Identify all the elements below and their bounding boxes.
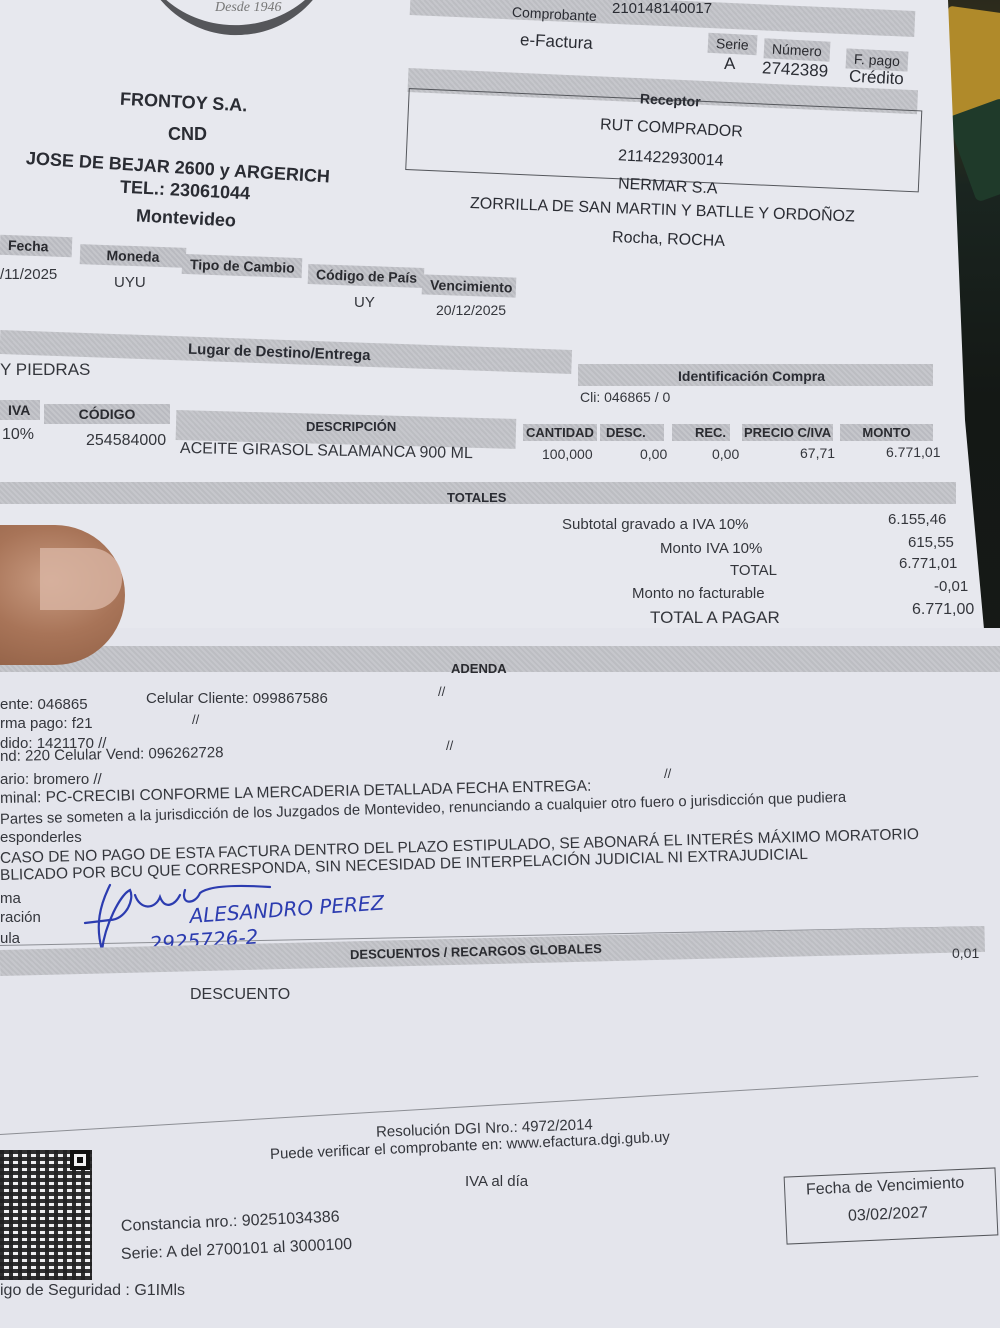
descuento-item: DESCUENTO — [190, 986, 290, 1004]
adenda-line: ente: 046865 — [0, 696, 88, 713]
buyer-city: Rocha, ROCHA — [612, 229, 725, 251]
id-compra-label: Identificación Compra — [678, 368, 825, 384]
expiry-date: 03/02/2027 — [848, 1204, 929, 1225]
col-desc-header: DESC. — [600, 424, 664, 441]
item-descripcion: ACEITE GIRASOL SALAMANCA 900 ML — [180, 440, 473, 463]
pais-header: Código de País — [308, 264, 425, 288]
adenda-line: // — [446, 738, 453, 753]
item-cantidad: 100,000 — [542, 446, 593, 462]
total-pagar-label: TOTAL A PAGAR — [650, 608, 780, 628]
adenda-line: rma pago: f21 — [0, 715, 93, 732]
destino-value: Y PIEDRAS — [0, 360, 90, 380]
adenda-line: // — [664, 766, 671, 781]
serie-value: A — [724, 54, 735, 74]
id-compra-value: Cli: 046865 / 0 — [580, 389, 670, 405]
descuentos-value: 0,01 — [952, 945, 979, 961]
item-precio: 67,71 — [800, 445, 835, 461]
issuer-rut: 210148140017 — [612, 0, 712, 17]
iva-al-dia: IVA al día — [465, 1173, 528, 1190]
adenda-line: Celular Cliente: 099867586 — [146, 690, 328, 707]
col-cantidad-header: CANTIDAD — [523, 424, 597, 441]
adenda-line: // — [438, 684, 445, 699]
moneda-header: Moneda — [80, 244, 187, 268]
voucher-label: Comprobante — [512, 4, 598, 24]
tipo-cambio-header: Tipo de Cambio — [182, 254, 303, 278]
subtotal-label: Subtotal gravado a IVA 10% — [562, 516, 749, 533]
adenda-line: ración — [0, 909, 41, 926]
col-rec-header: REC. — [672, 424, 730, 441]
numero-value: 2742389 — [762, 58, 829, 81]
item-codigo: 254584000 — [86, 432, 166, 450]
total-label: TOTAL — [730, 562, 777, 579]
item-monto: 6.771,01 — [886, 444, 941, 460]
buyer-name: NERMAR S.A — [618, 175, 718, 198]
subtotal-value: 6.155,46 — [888, 511, 946, 528]
col-descripcion-header: DESCRIPCIÓN — [306, 419, 396, 434]
adenda-label: ADENDA — [451, 661, 507, 676]
vencimiento-header: Vencimiento — [422, 274, 517, 297]
total-value: 6.771,01 — [899, 555, 957, 572]
issuer-subtitle: CND — [168, 124, 207, 145]
total-pagar-value: 6.771,00 — [912, 601, 974, 619]
adenda-line: ario: bromero // — [0, 771, 102, 788]
buyer-address: ZORRILLA DE SAN MARTIN Y BATLLE Y ORDOÑO… — [470, 195, 855, 226]
security-code: igo de Seguridad : G1IMls — [0, 1282, 185, 1300]
logo-tagline: Desde 1946 — [215, 0, 282, 16]
iva-value: 615,55 — [908, 534, 954, 551]
totales-label: TOTALES — [447, 490, 506, 505]
adenda-line: // — [192, 712, 199, 727]
fecha-value: /11/2025 — [0, 266, 57, 283]
pais-value: UY — [354, 294, 375, 311]
svg-text:ALESANDRO PEREZ: ALESANDRO PEREZ — [187, 890, 387, 928]
issuer-city: Montevideo — [136, 205, 237, 231]
receptor-label: Receptor — [640, 90, 701, 109]
col-precio-header: PRECIO C/IVA — [742, 424, 833, 441]
no-facturable-label: Monto no facturable — [632, 585, 765, 602]
thumbnail-nail — [40, 548, 122, 610]
qr-finder-pattern — [70, 1150, 90, 1170]
col-codigo-header: CÓDIGO — [44, 404, 170, 424]
item-rec: 0,00 — [712, 446, 739, 462]
adenda-line: esponderles — [0, 829, 82, 846]
no-facturable-value: -0,01 — [934, 578, 968, 595]
item-desc: 0,00 — [640, 446, 667, 462]
item-iva: 10% — [2, 426, 34, 444]
col-monto-header: MONTO — [840, 424, 933, 441]
adenda-line: ma — [0, 890, 21, 907]
voucher-type: e-Factura — [520, 30, 594, 54]
fpago-value: Crédito — [849, 67, 905, 90]
moneda-value: UYU — [114, 274, 146, 291]
iva-label: Monto IVA 10% — [660, 540, 762, 557]
vencimiento-value: 20/12/2025 — [436, 302, 506, 318]
fecha-header: Fecha — [0, 235, 72, 258]
serie-header: Serie — [708, 33, 758, 56]
issuer-name: FRONTOY S.A. — [120, 89, 248, 117]
col-iva-header: IVA — [0, 400, 40, 420]
